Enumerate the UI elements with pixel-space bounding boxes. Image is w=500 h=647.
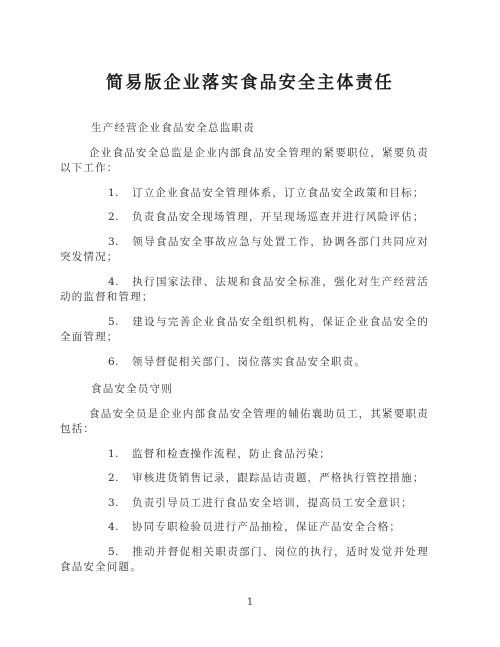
list-item-text: 监督和检查操作流程，防止食品污染； [132,448,331,460]
list-item-number: 2. [108,472,119,484]
list-item: 6.领导督促相关部门、岗位落实食品安全职责。 [60,355,429,371]
list-item-number: 4. [108,521,119,533]
list-item: 4.执行国家法律、法规和食品安全标准，强化对生产经营活动的监督和管理； [60,275,429,306]
list-item-number: 3. [108,236,119,248]
list-item: 1.订立企业食品安全管理体系，订立食品安全政策和目标； [60,186,429,202]
list-item: 2.负责食品安全现场管理，开呈现场巡查并进行风险评估； [60,210,429,226]
section-1-heading: 生产经营企业食品安全总监职责 [91,121,429,137]
list-item: 5.建设与完善企业食品安全组织机构，保证企业食品安全的全面管理； [60,315,429,346]
list-item: 2.审核进货销售记录，跟踪品诘责题，严格执行管控措施； [60,471,429,487]
list-item-number: 2. [108,211,119,223]
list-item-text: 负责引导员工进行食品安全培训，提高员工安全意识； [132,497,413,509]
list-item-number: 1. [108,187,119,199]
page-number: 1 [0,597,500,608]
list-item-number: 5. [108,316,119,328]
document-page: 简易版企业落实食品安全主体责任 生产经营企业食品安全总监职责 企业食品安全总监是… [0,0,500,647]
list-item-number: 1. [108,448,119,460]
list-item-number: 6. [108,356,119,368]
section-2-heading: 食品安全员守则 [91,382,429,398]
list-item: 1.监督和检查操作流程，防止食品污染； [60,447,429,463]
document-body: 生产经营企业食品安全总监职责 企业食品安全总监是企业内部食品安全管理的紧要职位，… [0,121,500,576]
document-title: 简易版企业落实食品安全主体责任 [0,0,500,94]
list-item: 3.负责引导员工进行食品安全培训，提高员工安全意识； [60,496,429,512]
list-item-text: 订立企业食品安全管理体系，订立食品安全政策和目标； [132,187,425,199]
list-item-number: 4. [108,276,119,288]
list-item-text: 协同专职检验员进行产品抽检，保证产品安全合格； [132,521,401,533]
list-item-text: 领导督促相关部门、岗位落实食品安全职责。 [132,356,366,368]
section-2-intro: 食品安全员是企业内部食品安全管理的辅佑襄助员工，其紧要职责包括： [60,407,429,438]
list-item: 4.协同专职检验员进行产品抽检，保证产品安全合格； [60,520,429,536]
list-item-number: 3. [108,497,119,509]
list-item: 3.领导食品安全事故应急与处置工作，协调各部门共同应对突发情况； [60,235,429,266]
list-item-number: 5. [108,546,119,558]
section-1-intro: 企业食品安全总监是企业内部食品安全管理的紧要职位，紧要负责以下工作： [60,146,429,177]
list-item-text: 审核进货销售记录，跟踪品诘责题，严格执行管控措施； [132,472,425,484]
list-item: 5.推动并督促相关职责部门、岗位的执行，适时发觉并处理食品安全问题。 [60,545,429,576]
list-item-text: 负责食品安全现场管理，开呈现场巡查并进行风险评估； [132,211,425,223]
